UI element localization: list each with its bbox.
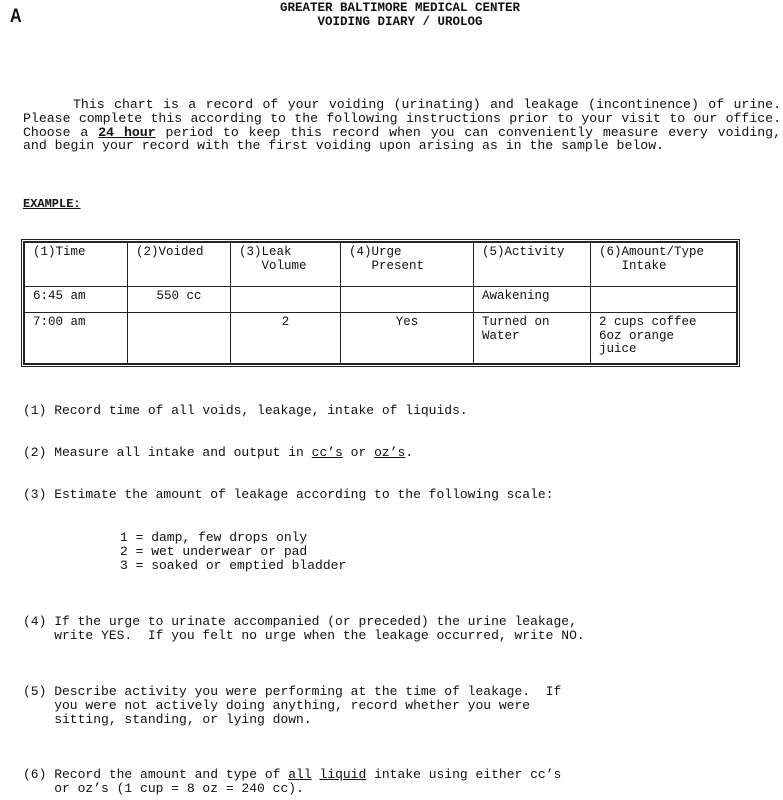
instruction-5-line-3: sitting, standing, or lying down. (23, 713, 312, 727)
cell-intake: 2 cups coffee6oz orangejuice (591, 313, 737, 364)
header-time: (1)Time (25, 243, 128, 287)
cell-time: 6:45 am (25, 287, 128, 313)
instruction-3: (3) Estimate the amount of leakage accor… (23, 488, 554, 502)
table-row: 7:00 am 2 Yes Turned onWater 2 cups coff… (25, 313, 737, 364)
header-leak-volume: (3)Leak Volume (231, 243, 341, 287)
example-label: EXAMPLE: (23, 197, 81, 211)
cell-leak (231, 287, 341, 313)
instruction-1: (1) Record time of all voids, leakage, i… (23, 404, 468, 418)
instruction-2: (2) Measure all intake and output in cc’… (23, 446, 413, 460)
instruction-4-line-1: (4) If the urge to urinate accompanied (… (23, 615, 577, 629)
header-activity: (5)Activity (474, 243, 591, 287)
instruction-6-line-1: (6) Record the amount and type of all li… (23, 768, 561, 782)
instruction-5-line-2: you were not actively doing anything, re… (23, 699, 530, 713)
scale-item-3: 3 = soaked or emptied bladder (120, 559, 346, 573)
cell-urge: Yes (341, 313, 474, 364)
cell-activity: Awakening (474, 287, 591, 313)
cell-urge (341, 287, 474, 313)
header-urge-present: (4)Urge Present (341, 243, 474, 287)
intro-paragraph: This chart is a record of your voiding (… (23, 98, 781, 153)
cell-voided: 550 cc (128, 287, 231, 313)
header-amount-intake: (6)Amount/Type Intake (591, 243, 737, 287)
scale-item-1: 1 = damp, few drops only (120, 531, 307, 545)
instruction-4-line-2: write YES. If you felt no urge when the … (23, 629, 585, 643)
cell-leak: 2 (231, 313, 341, 364)
instruction-6-line-2: or oz’s (1 cup = 8 oz = 240 cc). (23, 782, 304, 796)
org-name: GREATER BALTIMORE MEDICAL CENTER (0, 1, 783, 15)
table-header-row: (1)Time (2)Voided (3)Leak Volume (4)Urge… (25, 243, 737, 287)
example-table: (1)Time (2)Voided (3)Leak Volume (4)Urge… (21, 239, 740, 367)
intro-emphasis: 24 hour (98, 125, 155, 140)
scale-item-2: 2 = wet underwear or pad (120, 545, 307, 559)
header-voided: (2)Voided (128, 243, 231, 287)
cell-time: 7:00 am (25, 313, 128, 364)
document-title: VOIDING DIARY / UROLOG (0, 15, 783, 29)
cell-activity: Turned onWater (474, 313, 591, 364)
instruction-5-line-1: (5) Describe activity you were performin… (23, 685, 561, 699)
cell-intake (591, 287, 737, 313)
table-row: 6:45 am 550 cc Awakening (25, 287, 737, 313)
cell-voided (128, 313, 231, 364)
